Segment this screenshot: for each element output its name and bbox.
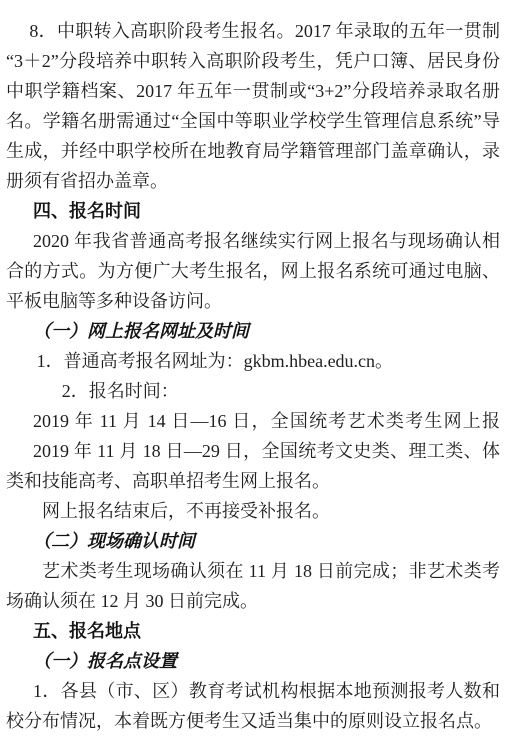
paragraph-line: 2．报名时间： — [6, 376, 500, 406]
paragraph-line: 网上报名结束后，不再接受补报名。 — [6, 496, 500, 526]
section-heading-registration-location: 五、报名地点 — [6, 616, 500, 646]
paragraph-line: 册须有省招办盖章。 — [6, 166, 500, 196]
document-page: 8．中职转入高职阶段考生报名。2017 年录取的五年一贯制或 “3＋2”分段培养… — [0, 0, 510, 744]
paragraph-line: 平板电脑等多种设备访问。 — [6, 286, 500, 316]
subsection-heading-onsite-confirmation-time: （二）现场确认时间 — [6, 526, 500, 556]
paragraph-line: 名。学籍名册需通过“全国中等职业学校学生管理信息系统”导出 — [6, 106, 500, 136]
subsection-heading-online-url-time: （一）网上报名网址及时间 — [6, 316, 500, 346]
paragraph-line-registration-url: 1．普通高考报名网址为：gkbm.hbea.edu.cn。 — [6, 346, 500, 376]
paragraph-line: 艺术类考生现场确认须在 11 月 18 日前完成；非艺术类考生现 — [6, 556, 500, 586]
paragraph-line: 场确认须在 12 月 30 日前完成。 — [6, 586, 500, 616]
paragraph-line: 2019 年 11 月 18 日—29 日，全国统考文史类、理工类、体育 — [6, 436, 500, 466]
paragraph-line: 生成，并经中职学校所在地教育局学籍管理部门盖章确认，录取名 — [6, 136, 500, 166]
paragraph-line: 中职学籍档案、2017 年五年一贯制或“3+2”分段培养录取名册报 — [6, 76, 500, 106]
paragraph-line: 2020 年我省普通高考报名继续实行网上报名与现场确认相结 — [6, 226, 500, 256]
paragraph-line: 8．中职转入高职阶段考生报名。2017 年录取的五年一贯制或 — [6, 16, 500, 46]
section-heading-registration-time: 四、报名时间 — [6, 196, 500, 226]
paragraph-line: 1．各县（市、区）教育考试机构根据本地预测报考人数和学 — [6, 676, 500, 706]
paragraph-line: 类和技能高考、高职单招考生网上报名。 — [6, 466, 500, 496]
paragraph-line: 2019 年 11 月 14 日—16 日，全国统考艺术类考生网上报名。 — [6, 406, 500, 436]
paragraph-line: 校分布情况，本着既方便考生又适当集中的原则设立报名点。 — [6, 706, 500, 736]
subsection-heading-registration-point-setup: （一）报名点设置 — [6, 646, 500, 676]
paragraph-line: “3＋2”分段培养中职转入高职阶段考生，凭户口簿、居民身份证、 — [6, 46, 500, 76]
paragraph-line: 合的方式。为方便广大考生报名，网上报名系统可通过电脑、手机、 — [6, 256, 500, 286]
